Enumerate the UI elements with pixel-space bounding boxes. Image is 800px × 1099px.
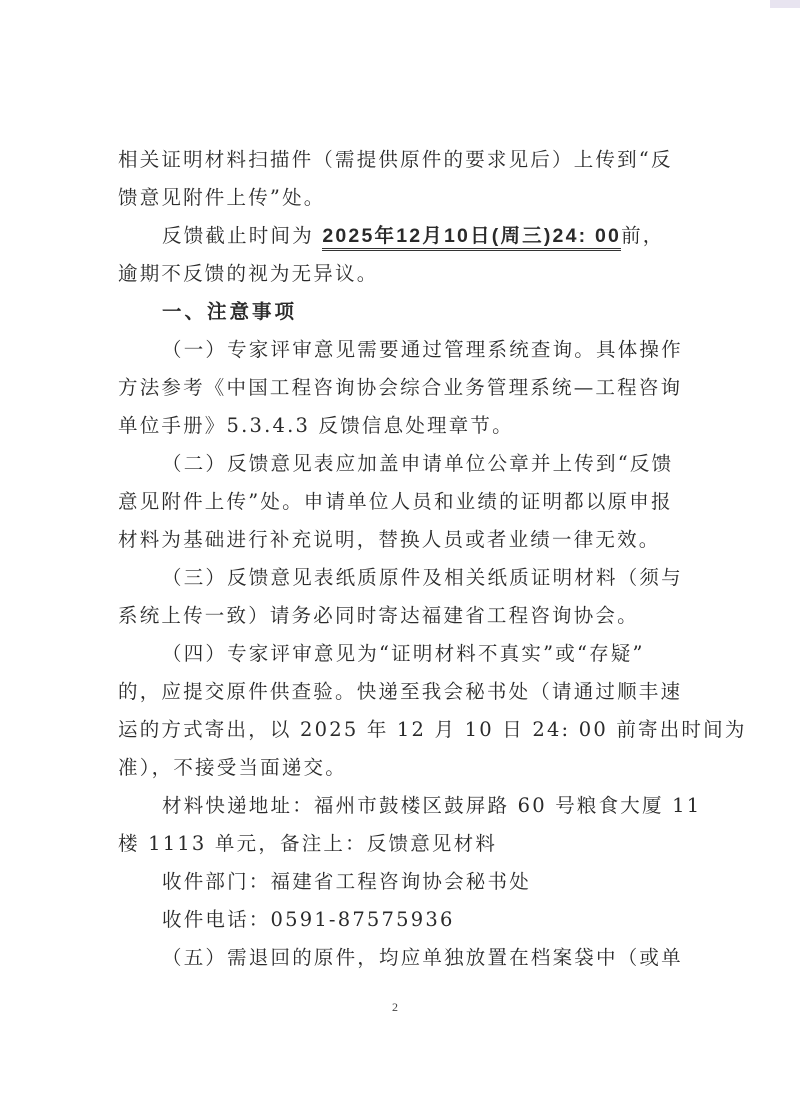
deadline-prefix: 反馈截止时间为 <box>162 224 314 247</box>
deadline-suffix: 前， <box>621 224 664 247</box>
address-line: 材料快递地址：福州市鼓楼区鼓屏路 60 号粮食大厦 11 <box>162 792 701 820</box>
item1-line: （一）专家评审意见需要通过管理系统查询。具体操作 <box>162 336 683 364</box>
text-line: 逾期不反馈的视为无异议。 <box>118 260 378 288</box>
item4-line: 的，应提交原件供查验。快递至我会秘书处（请通过顺丰速 <box>118 678 682 706</box>
phone-line: 收件电话：0591-87575936 <box>162 906 455 934</box>
section-heading: 一、注意事项 <box>162 298 297 326</box>
text-line: 相关证明材料扫描件（需提供原件的要求见后）上传到“反 <box>118 146 673 174</box>
item1-line: 方法参考《中国工程咨询协会综合业务管理系统—工程咨询 <box>118 374 682 402</box>
deadline-paragraph: 反馈截止时间为 2025年12月10日(周三)24: 00前， <box>162 222 664 250</box>
page-number: 2 <box>392 1000 398 1015</box>
item1-line: 单位手册》5.3.4.3 反馈信息处理章节。 <box>118 412 514 440</box>
address-line: 楼 1113 单元，备注上：反馈意见材料 <box>118 830 497 858</box>
item3-line: 系统上传一致）请务必同时寄达福建省工程咨询协会。 <box>118 602 639 630</box>
text-line: 馈意见附件上传”处。 <box>118 184 325 212</box>
item5-line: （五）需退回的原件，均应单独放置在档案袋中（或单 <box>162 944 683 972</box>
item4-line: （四）专家评审意见为“证明材料不真实”或“存疑” <box>162 640 645 668</box>
item2-line: （二）反馈意见表应加盖申请单位公章并上传到“反馈 <box>162 450 673 478</box>
item3-line: （三）反馈意见表纸质原件及相关纸质证明材料（须与 <box>162 564 683 592</box>
item4-line: 准），不接受当面递交。 <box>118 754 347 782</box>
item2-line: 材料为基础进行补充说明，替换人员或者业绩一律无效。 <box>118 526 661 554</box>
document-page: 相关证明材料扫描件（需提供原件的要求见后）上传到“反 馈意见附件上传”处。 反馈… <box>0 0 800 1099</box>
scan-edge-mark <box>770 0 800 8</box>
item2-line: 意见附件上传”处。申请单位人员和业绩的证明都以原申报 <box>118 488 673 516</box>
department-line: 收件部门：福建省工程咨询协会秘书处 <box>162 868 531 896</box>
deadline-date: 2025年12月10日(周三)24: 00 <box>322 225 621 251</box>
item4-line: 运的方式寄出，以 2025 年 12 月 10 日 24: 00 前寄出时间为 <box>118 716 747 744</box>
